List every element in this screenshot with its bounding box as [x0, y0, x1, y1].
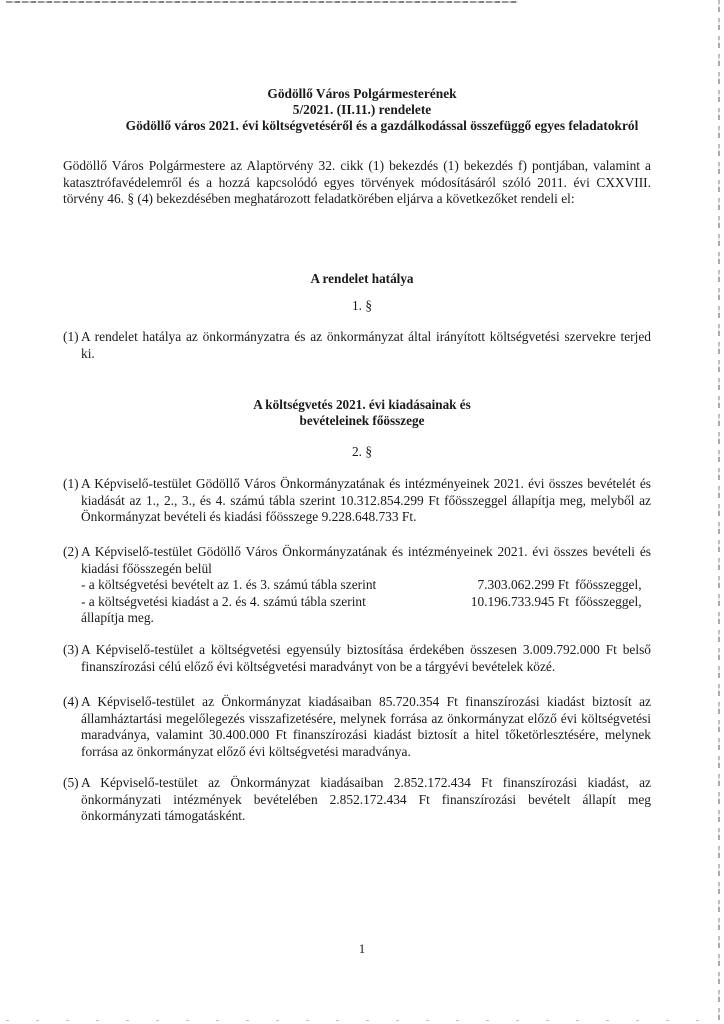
- document-title-subject: Gödöllő város 2021. évi költségvetéséről…: [20, 118, 724, 134]
- paragraph-number: (4): [63, 694, 79, 711]
- paragraph-number: (3): [63, 642, 79, 659]
- row-amount: 10.196.733.945 Ft: [429, 594, 575, 611]
- paragraph-intro: A Képviselő-testület Gödöllő Város Önkor…: [81, 544, 651, 577]
- paragraph-number: (2): [63, 544, 79, 561]
- row-description: - a költségvetési kiadást a 2. és 4. szá…: [81, 594, 429, 611]
- section-2-paragraph-4: (4) A Képviselő-testület az Önkormányzat…: [63, 694, 651, 760]
- section-2-heading-line-1: A költségvetés 2021. évi kiadásainak és: [0, 397, 724, 414]
- page-number: 1: [0, 941, 724, 957]
- section-2-number: 2. §: [0, 444, 724, 460]
- section-1-number: 1. §: [0, 298, 724, 314]
- document-title-number: 5/2021. (II.11.) rendelete: [0, 102, 724, 118]
- preamble: Gödöllő Város Polgármestere az Alaptörvé…: [63, 158, 651, 208]
- paragraph-text: A rendelet hatálya az önkormányzatra és …: [81, 329, 651, 362]
- section-2-paragraph-5: (5) A Képviselő-testület az Önkormányzat…: [63, 775, 651, 825]
- row-suffix: főösszeggel,: [575, 577, 642, 594]
- paragraph-text: A Képviselő-testület az Önkormányzat kia…: [81, 775, 651, 825]
- section-2-paragraph-3: (3) A Képviselő-testület a költségvetési…: [63, 642, 651, 675]
- budget-expenditure-row: - a költségvetési kiadást a 2. és 4. szá…: [81, 594, 651, 611]
- paragraph-closing: állapítja meg.: [81, 610, 651, 627]
- paragraph-number: (1): [63, 329, 79, 346]
- row-suffix: főösszeggel,: [575, 594, 642, 611]
- section-2-heading-line-2: bevételeinek főösszege: [0, 413, 724, 430]
- document-page: Gödöllő Város Polgármesterének 5/2021. (…: [0, 0, 724, 1024]
- section-1-paragraph-1: (1) A rendelet hatálya az önkormányzatra…: [63, 329, 651, 362]
- section-2-paragraph-2: (2) A Képviselő-testület Gödöllő Város Ö…: [63, 544, 651, 627]
- section-1-heading: A rendelet hatálya: [0, 271, 724, 288]
- document-title-issuer: Gödöllő Város Polgármesterének: [0, 86, 724, 102]
- row-amount: 7.303.062.299 Ft: [429, 577, 575, 594]
- row-description: - a költségvetési bevételt az 1. és 3. s…: [81, 577, 429, 594]
- section-2-paragraph-1: (1) A Képviselő-testület Gödöllő Város Ö…: [63, 476, 651, 526]
- budget-revenue-row: - a költségvetési bevételt az 1. és 3. s…: [81, 577, 651, 594]
- paragraph-number: (5): [63, 775, 79, 792]
- paragraph-text: A Képviselő-testület Gödöllő Város Önkor…: [81, 476, 651, 526]
- paragraph-text: A Képviselő-testület a költségvetési egy…: [81, 642, 651, 675]
- paragraph-text: A Képviselő-testület az Önkormányzat kia…: [81, 694, 651, 760]
- paragraph-number: (1): [63, 476, 79, 493]
